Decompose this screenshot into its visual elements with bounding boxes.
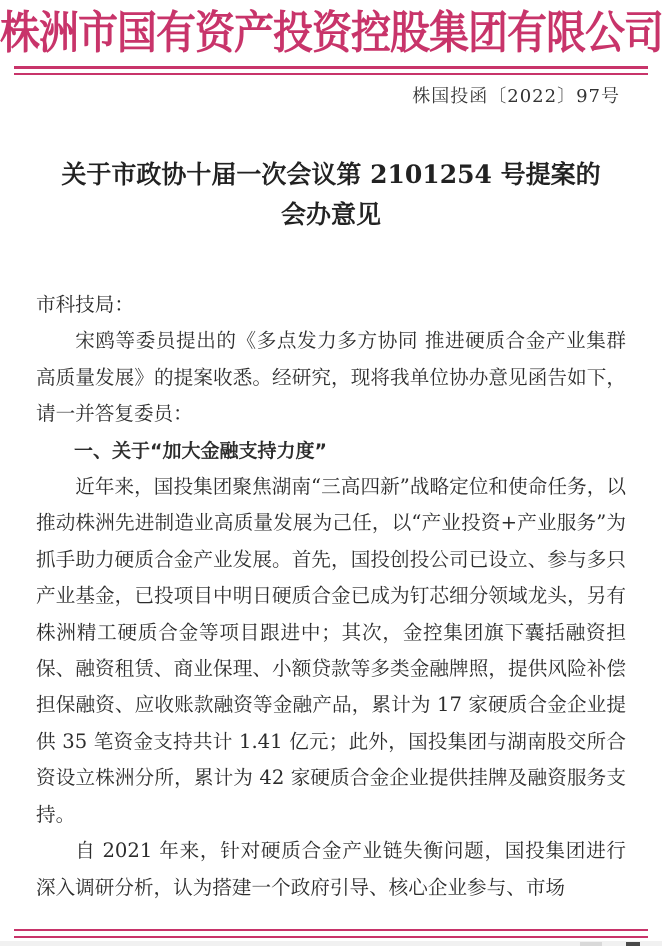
section-heading-1: 一、关于“加大金融支持力度” <box>36 433 626 469</box>
paragraph-since-2021: 自 2021 年来，针对硬质合金产业链失衡问题，国投集团进行深入调研分析，认为搭… <box>36 833 626 906</box>
document-title: 关于市政协十届一次会议第 2101254 号提案的 会办意见 <box>20 155 642 235</box>
masthead-rule-thin <box>14 73 648 75</box>
footer-rule-top <box>14 929 648 931</box>
salutation: 市科技局： <box>36 287 626 323</box>
masthead-rule-thick <box>14 66 648 69</box>
title-line-2: 会办意见 <box>20 195 642 235</box>
title-line-1: 关于市政协十届一次会议第 2101254 号提案的 <box>20 155 642 195</box>
paragraph-intro: 宋鸥等委员提出的《多点发力多方协同 推进硬质合金产业集群高质量发展》的提案收悉。… <box>36 323 626 432</box>
viewer-button[interactable] <box>580 942 602 946</box>
masthead-organization-name: 株洲市国有资产投资控股集团有限公司 <box>0 2 662 65</box>
document-body: 市科技局： 宋鸥等委员提出的《多点发力多方协同 推进硬质合金产业集群高质量发展》… <box>36 287 626 906</box>
viewer-toolbar <box>0 941 662 946</box>
document-number: 株国投函〔2022〕97号 <box>412 84 620 110</box>
footer-rule-bottom <box>14 936 648 938</box>
viewer-button-dark[interactable] <box>626 942 640 946</box>
paragraph-financial-support: 近年来，国投集团聚焦湖南“三高四新”战略定位和使命任务，以推动株洲先进制造业高质… <box>36 469 626 833</box>
